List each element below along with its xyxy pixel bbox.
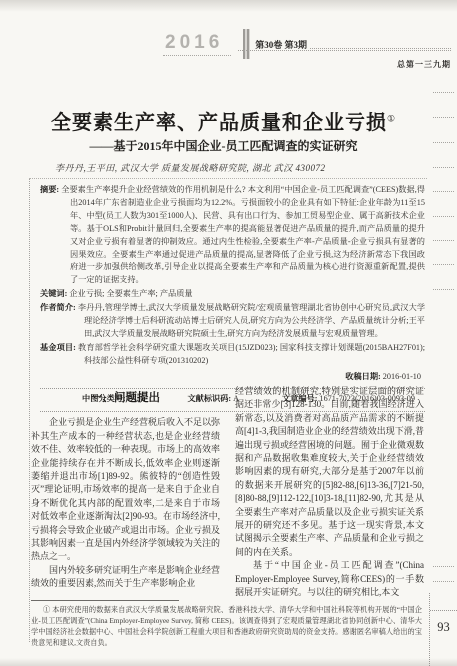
total-issue-row: 总第一三九期 <box>238 50 451 72</box>
author-bio-row: 作者简介: 李丹丹,管理学博士,武汉大学质量发展战略研究院/宏观质量管理湖北省协… <box>40 302 425 341</box>
abstract-row: 摘要: 全要素生产率提升企业经营绩效的作用机制是什么? 本文利用“中国企业-员工… <box>40 184 425 287</box>
journal-page: 2016 第30卷 第3期 总第一三九期 全要素生产率、产品质量和企业亏损① —… <box>0 0 457 666</box>
total-issue: 总第一三九期 <box>397 60 451 69</box>
body-paragraph: 国内外较多研究证明生产率是影响企业经营绩效的重要因素,然而关于生产率影响企业 <box>31 564 220 591</box>
author-bio-label: 作者简介: <box>40 303 76 312</box>
margin-tick <box>433 142 454 143</box>
body-paragraph: 企业亏损是企业生产经营税后收入不足以弥补其生产成本的一种经营状态,也是企业经营绩… <box>31 416 220 563</box>
author-bio-text: 李丹丹,管理学博士,武汉大学质量发展战略研究院/宏观质量管理湖北省协创中心研究员… <box>78 303 425 338</box>
scan-edge-bottom <box>0 658 457 666</box>
fund-project-row: 基金项目: 教育部哲学社会科学研究重大课题攻关项目(15JZD023); 国家科… <box>40 342 425 368</box>
article-title-text: 全要素生产率、产品质量和企业亏损 <box>51 112 387 134</box>
body-paragraph: 基于“中国企业-员工匹配调查”(China Employer-Employee … <box>235 559 424 597</box>
page-number-box: 93 <box>429 593 457 666</box>
fund-project-text: 教育部哲学社会科学研究重大课题攻关项目(15JZD023); 国家科技支撑计划课… <box>78 343 425 365</box>
journal-year: 2016 <box>163 32 231 56</box>
page-number-box-line <box>430 610 457 611</box>
margin-tick <box>433 191 454 192</box>
body-paragraph: 经营绩效的机制研究,特别是实证层面的研究证据还非常少[3]128-130。目前,… <box>235 385 424 559</box>
margin-tick <box>433 92 454 93</box>
dotted-rule <box>310 48 451 49</box>
keywords-text: 企业亏损; 全要素生产率; 产品质量 <box>69 289 192 298</box>
left-column: 一、问题提出 企业亏损是企业生产经营税后收入不足以弥补其生产成本的一种经营状态,… <box>31 385 220 597</box>
abstract-label: 摘要: <box>40 185 59 194</box>
footnote-text: ① 本研究使用的数据来自武汉大学质量发展战略研究院、香港科技大学、清华大学和中国… <box>31 605 422 649</box>
margin-tick <box>433 240 454 241</box>
keywords-label: 关键词: <box>40 289 67 298</box>
author-affiliation: 李丹丹,王平田, 武汉大学 质量发展战略研究院, 湖北 武汉 430072 <box>55 161 419 174</box>
right-column: 经营绩效的机制研究,特别是实证层面的研究证据还非常少[3]128-130。目前,… <box>235 385 424 597</box>
scan-edge-top <box>0 0 457 12</box>
margin-tick <box>433 566 454 567</box>
title-footnote-mark: ① <box>387 113 396 123</box>
page-number: 93 <box>430 620 457 635</box>
margin-tick <box>433 289 454 290</box>
section-heading: 一、问题提出 <box>31 392 220 405</box>
fund-project-label: 基金项目: <box>40 343 76 352</box>
abstract-text: 全要素生产率提升企业经营绩效的作用机制是什么? 本文利用“中国企业-员工匹配调查… <box>61 185 425 284</box>
margin-tick <box>433 117 454 118</box>
article-title: 全要素生产率、产品质量和企业亏损① <box>28 106 419 135</box>
article-subtitle: ——基于2015年中国企业-员工匹配调查的实证研究 <box>28 137 419 154</box>
margin-tick <box>433 581 454 582</box>
keywords-row: 关键词: 企业亏损; 全要素生产率; 产品质量 <box>40 288 425 301</box>
volume-issue: 第30卷 第3期 <box>255 38 307 51</box>
article-body: 一、问题提出 企业亏损是企业生产经营税后收入不足以弥补其生产成本的一种经营状态,… <box>31 385 424 597</box>
meta-block: 摘要: 全要素生产率提升企业经营绩效的作用机制是什么? 本文利用“中国企业-员工… <box>29 178 427 412</box>
margin-tick <box>433 264 454 265</box>
received-date-value: 2016-01-10 <box>383 372 421 381</box>
received-date-label: 收稿日期: <box>345 372 380 381</box>
margin-tick <box>433 216 454 217</box>
footnote-rule <box>31 600 179 601</box>
margin-tick <box>433 167 454 168</box>
